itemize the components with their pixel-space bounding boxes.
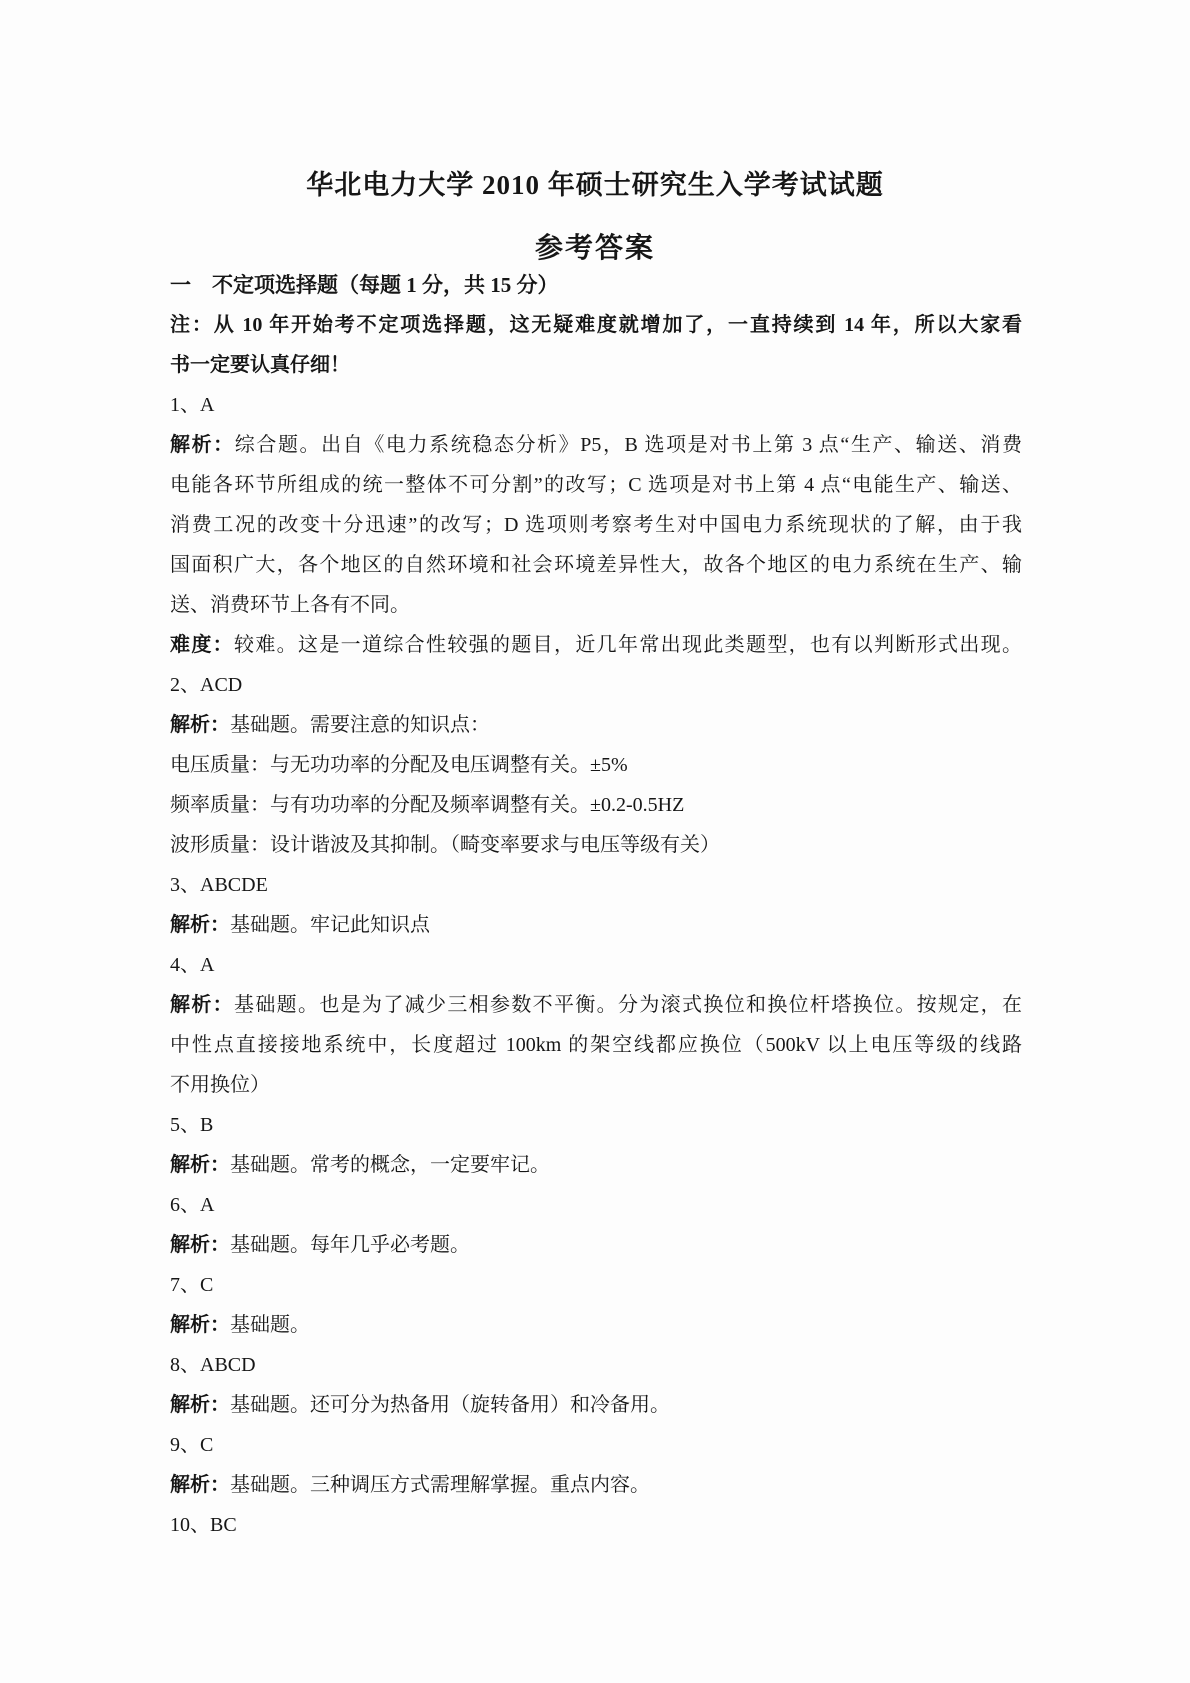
analysis-text: 基础题。每年几乎必考题。 <box>230 1234 470 1256</box>
analysis-line: 解析：基础题。 <box>170 1305 1022 1345</box>
document-page: 华北电力大学 2010 年硕士研究生入学考试试题 参考答案 一 不定项选择题（每… <box>0 0 1190 1683</box>
analysis-cont-line: 国面积广大，各个地区的自然环境和社会环境差异性大，故各个地区的电力系统在生产、输 <box>170 545 1022 585</box>
analysis-label: 解析： <box>170 1314 230 1336</box>
analysis-cont-line: 电能各环节所组成的统一整体不可分割”的改写；C 选项是对书上第 4 点“电能生产… <box>170 465 1022 505</box>
difficulty-text: 较难。这是一道综合性较强的题目，近几年常出现此类题型，也有以判断形式出现。 <box>234 634 1022 656</box>
section-heading: 一 不定项选择题（每题 1 分，共 15 分） <box>170 265 1022 305</box>
analysis-text: 基础题。 <box>230 1314 310 1336</box>
analysis-line: 解析：综合题。出自《电力系统稳态分析》P5，B 选项是对书上第 3 点“生产、输… <box>170 425 1022 465</box>
analysis-line: 解析：基础题。牢记此知识点 <box>170 905 1022 945</box>
analysis-label: 解析： <box>170 1394 230 1416</box>
doc-subtitle: 参考答案 <box>170 226 1020 266</box>
answer-line-4: 4、A <box>170 945 1022 985</box>
answer-line-8: 8、ABCD <box>170 1345 1022 1385</box>
analysis-line: 解析：基础题。常考的概念，一定要牢记。 <box>170 1145 1022 1185</box>
analysis-label: 解析： <box>170 1234 230 1256</box>
answer-line-2: 2、ACD <box>170 665 1022 705</box>
analysis-text: 基础题。三种调压方式需理解掌握。重点内容。 <box>230 1474 650 1496</box>
analysis-cont-line: 消费工况的改变十分迅速”的改写；D 选项则考察考生对中国电力系统现状的了解，由于… <box>170 505 1022 545</box>
knowledge-point-line: 电压质量：与无功功率的分配及电压调整有关。±5% <box>170 745 1022 785</box>
answer-line-9: 9、C <box>170 1425 1022 1465</box>
knowledge-point-line: 波形质量：设计谐波及其抑制。（畸变率要求与电压等级有关） <box>170 825 1022 865</box>
analysis-line: 解析：基础题。也是为了减少三相参数不平衡。分为滚式换位和换位杆塔换位。按规定，在 <box>170 985 1022 1025</box>
analysis-line: 解析：基础题。还可分为热备用（旋转备用）和冷备用。 <box>170 1385 1022 1425</box>
note-line-2: 书一定要认真仔细！ <box>170 345 1022 385</box>
answer-line-3: 3、ABCDE <box>170 865 1022 905</box>
analysis-line: 解析：基础题。三种调压方式需理解掌握。重点内容。 <box>170 1465 1022 1505</box>
difficulty-line: 难度：较难。这是一道综合性较强的题目，近几年常出现此类题型，也有以判断形式出现。 <box>170 625 1022 665</box>
difficulty-label: 难度： <box>170 634 234 656</box>
analysis-label: 解析： <box>170 1474 230 1496</box>
analysis-text: 基础题。需要注意的知识点： <box>230 714 490 736</box>
analysis-label: 解析： <box>170 434 235 456</box>
note-line-1: 注：从 10 年开始考不定项选择题，这无疑难度就增加了，一直持续到 14 年，所… <box>170 305 1022 345</box>
analysis-text: 基础题。常考的概念，一定要牢记。 <box>230 1154 550 1176</box>
answer-line-6: 6、A <box>170 1185 1022 1225</box>
answer-line-7: 7、C <box>170 1265 1022 1305</box>
analysis-cont-line: 不用换位） <box>170 1065 1022 1105</box>
doc-title: 华北电力大学 2010 年硕士研究生入学考试试题 <box>170 163 1020 202</box>
analysis-line: 解析：基础题。每年几乎必考题。 <box>170 1225 1022 1265</box>
answer-line-1: 1、A <box>170 385 1022 425</box>
analysis-text: 综合题。出自《电力系统稳态分析》P5，B 选项是对书上第 3 点“生产、输送、消… <box>235 434 1022 456</box>
analysis-text: 基础题。还可分为热备用（旋转备用）和冷备用。 <box>230 1394 670 1416</box>
analysis-line: 解析：基础题。需要注意的知识点： <box>170 705 1022 745</box>
analysis-label: 解析： <box>170 994 234 1016</box>
analysis-label: 解析： <box>170 1154 230 1176</box>
doc-body: 一 不定项选择题（每题 1 分，共 15 分） 注：从 10 年开始考不定项选择… <box>170 265 1022 1545</box>
answer-line-5: 5、B <box>170 1105 1022 1145</box>
analysis-cont-line: 中性点直接接地系统中，长度超过 100km 的架空线都应换位（500kV 以上电… <box>170 1025 1022 1065</box>
analysis-label: 解析： <box>170 714 230 736</box>
analysis-text: 基础题。牢记此知识点 <box>230 914 430 936</box>
analysis-text: 基础题。也是为了减少三相参数不平衡。分为滚式换位和换位杆塔换位。按规定，在 <box>234 994 1022 1016</box>
analysis-label: 解析： <box>170 914 230 936</box>
answer-line-10: 10、BC <box>170 1505 1022 1545</box>
analysis-cont-line: 送、消费环节上各有不同。 <box>170 585 1022 625</box>
knowledge-point-line: 频率质量：与有功功率的分配及频率调整有关。±0.2-0.5HZ <box>170 785 1022 825</box>
